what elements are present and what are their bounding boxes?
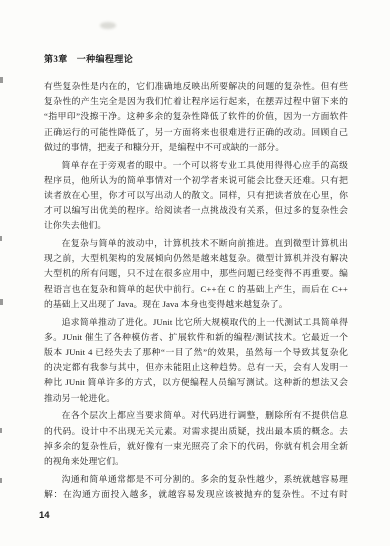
text-line: 的基础上又出现了 Java。现在 Java 本身也变得越来越复杂了。 [44,297,348,312]
text-line: 的视角来处理它们。 [44,454,348,469]
scan-edge-artifact [0,428,2,433]
scan-edge-artifact [0,299,3,305]
scan-edge-artifact [0,236,2,241]
text-line: 大型机的所有问题，只不过在很多应用中，那些问题已经变得不再重要。编 [44,266,348,281]
running-header: 第3章一种编程理论 [44,52,133,65]
text-line: 让你失去他们。 [44,218,348,233]
paragraph: 在复杂与简单的波动中，计算机技术不断向前推进。直到微型计算机出现之前，大型机架构… [44,236,348,312]
text-line: 在各个层次上都应当要求简单。对代码进行调整，删除所有不提供信息 [44,408,348,423]
text-line: 沟通和简单通常都是不可分割的。多余的复杂性越少，系统就越容易理 [44,472,348,487]
text-line: 做过的事情，把麦子和糠分开，是编程中不可或缺的一部分。 [44,140,348,155]
text-line: 在复杂与简单的波动中，计算机技术不断向前推进。直到微型计算机出 [44,236,348,251]
page-number: 14 [39,510,50,521]
paragraph: 在各个层次上都应当要求简单。对代码进行调整，删除所有不提供信息的代码。设计中不出… [44,408,348,469]
text-line: 简单存在于旁观者的眼中。一个可以将专业工具使用得得心应手的高级 [44,158,348,173]
body-text: 有些复杂性是内在的，它们准确地反映出所要解决的问题的复杂性。但有些复杂性的产生完… [44,79,348,502]
text-line: 程语言也在复杂和简单的起伏中前行。C++在 C 的基础上产生，而后在 C++ [44,282,348,297]
scan-edge-artifact [0,478,2,483]
text-line: 现之前，大型机架构的发展倾向仍然是越来越复杂。微型计算机并没有解决 [44,251,348,266]
text-line: 追求简单推动了进化。JUnit 比它所大规模取代的上一代测试工具简单得 [44,315,348,330]
paragraph: 追求简单推动了进化。JUnit 比它所大规模取代的上一代测试工具简单得多。JUn… [44,315,348,406]
text-line: 读者放在心里，你才可以写出动人的散文。同样，只有把读者放在心里，你 [44,188,348,203]
text-line: 版本 JUnit 4 已经失去了那种“一目了然”的效果，虽然每一个导致其复杂化 [44,345,348,360]
chapter-title: 一种编程理论 [77,54,133,64]
paragraph: 沟通和简单通常都是不可分割的。多余的复杂性越少，系统就越容易理解：在沟通方面投入… [44,472,348,502]
text-line: 才可以编写出优美的程序。给阅读者一点挑战没有关系，但过多的复杂性会 [44,203,348,218]
text-line: “指甲印”没擦干净。这种多余的复杂性降低了软件的价值，因为一方面软件 [44,109,348,124]
text-line: 有些复杂性是内在的，它们准确地反映出所要解决的问题的复杂性。但有些 [44,79,348,94]
text-line: 的代码。设计中不出现无关元素。对需求提出质疑，找出最本质的概念。去 [44,424,348,439]
text-line: 掉多余的复杂性后，就好像有一束光照亮了余下的代码，你就有机会用全新 [44,439,348,454]
scan-edge-artifact [0,77,3,83]
text-line: 程序员，他所认为的简单事情对一个初学者来说可能会比登天还难。只有把 [44,173,348,188]
scan-smudge [100,22,116,29]
text-line: 的决定都有我参与其中，但亦未能阻止这种趋势。总有一天，会有人发明一 [44,360,348,375]
paragraph: 有些复杂性是内在的，它们准确地反映出所要解决的问题的复杂性。但有些复杂性的产生完… [44,79,348,155]
text-line: 复杂性的产生完全是因为我们忙着让程序运行起来，在摆弄过程中留下来的 [44,94,348,109]
text-line: 推动另一轮进化。 [44,391,348,406]
chapter-number: 第3章 [44,54,68,64]
paragraph: 简单存在于旁观者的眼中。一个可以将专业工具使用得得心应手的高级程序员，他所认为的… [44,158,348,234]
text-line: 种比 JUnit 简单许多的方式，以方便编程人员编写测试。这种新的想法又会 [44,375,348,390]
text-line: 正确运行的可能性降低了，另一方面将来也很难进行正确的改动。回顾自己 [44,125,348,140]
text-line: 解：在沟通方面投入越多，就越容易发现应该被抛弃的复杂性。不过有时 [44,487,348,502]
text-line: 多。JUnit 催生了各种模仿者、扩展软件和新的编程/测试技术。它最近一个 [44,330,348,345]
book-page: 第3章一种编程理论 有些复杂性是内在的，它们准确地反映出所要解决的问题的复杂性。… [0,0,390,546]
